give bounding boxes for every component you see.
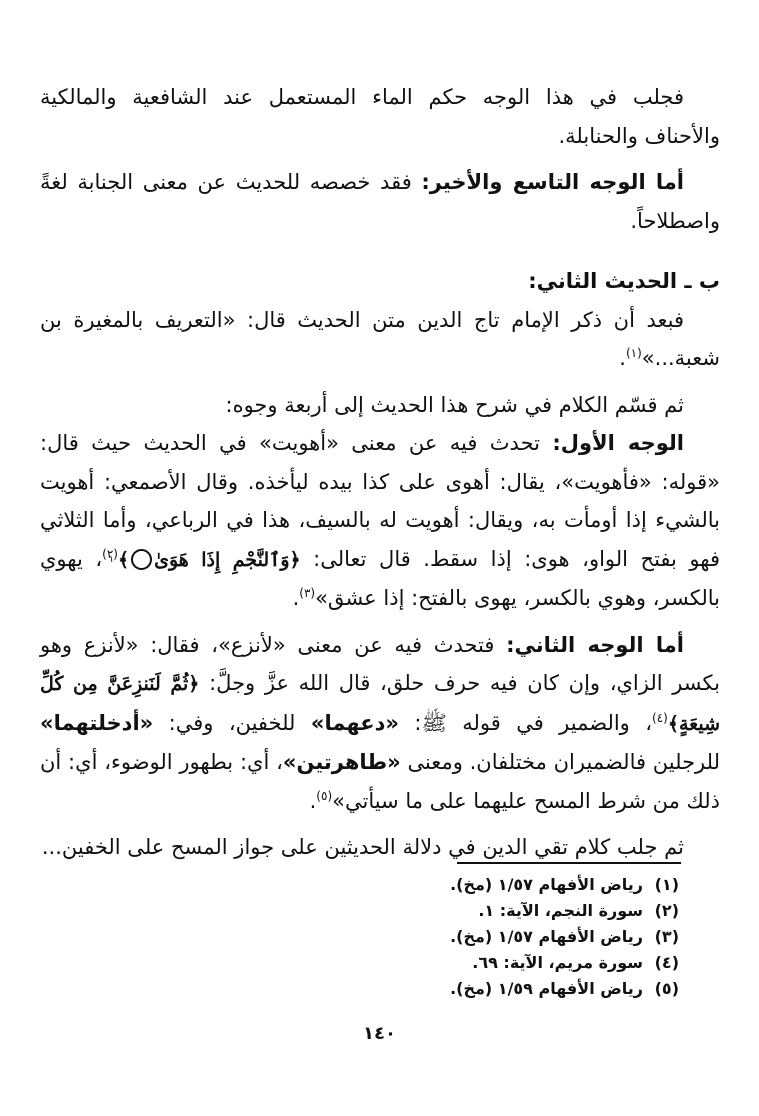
paragraph-lead-bold: أما الوجه الثاني:: [506, 633, 684, 657]
punctuation: .: [619, 346, 626, 370]
footnote-text: سورة النجم، الآية: ١.: [478, 901, 643, 920]
footnote-text: رياض الأفهام ١/٥٩ (مخ).: [450, 979, 643, 998]
paragraph-first-aspect: الوجه الأول: تحدث فيه عن معنى «أهويت» في…: [40, 424, 720, 618]
footnote-number: (١): [643, 872, 679, 898]
paragraph-text: للرجلين فالضميران مختلفان. ومعنى: [401, 750, 720, 774]
footnote-divider: [457, 862, 681, 864]
footnote-number: (٥): [643, 976, 679, 1002]
paragraph-second-aspect: أما الوجه الثاني: فتحدث فيه عن معنى «لأن…: [40, 626, 720, 821]
paragraph-ninth-aspect: أما الوجه التاسع والأخير: فقد خصصه للحدي…: [40, 163, 720, 240]
footnote-item: (٥)رياض الأفهام ١/٥٩ (مخ).: [359, 976, 679, 1002]
footnote-text: سورة مريم، الآية: ٦٩.: [472, 953, 643, 972]
ayah-number-icon: ١: [131, 549, 152, 570]
footnote-ref-1[interactable]: (١): [626, 346, 642, 360]
footnote-text: رياض الأفهام ١/٥٧ (مخ).: [450, 875, 643, 894]
footnote-item: (٣)رياض الأفهام ١/٥٧ (مخ).: [359, 924, 679, 950]
page-number: ١٤٠: [0, 1023, 759, 1044]
footnote-ref-4[interactable]: (٤): [652, 711, 668, 725]
paragraph-text: للخفين، وفي:: [153, 711, 311, 735]
footnote-text: رياض الأفهام ١/٥٧ (مخ).: [450, 927, 643, 946]
paragraph-text: فجلب في هذا الوجه حكم الماء المستعمل عند…: [40, 85, 720, 148]
footnote-number: (٤): [643, 950, 679, 976]
paragraph-conclusion: ثم جلب كلام تقي الدين في دلالة الحديثين …: [40, 828, 720, 867]
paragraph-water-ruling: فجلب في هذا الوجه حكم الماء المستعمل عند…: [40, 78, 720, 155]
paragraph-text: ثم قسّم الكلام في شرح هذا الحديث إلى أرب…: [226, 393, 685, 417]
page-body: فجلب في هذا الوجه حكم الماء المستعمل عند…: [40, 78, 720, 867]
footnotes: (١)رياض الأفهام ١/٥٧ (مخ). (٢)سورة النجم…: [359, 872, 679, 1002]
paragraph-text: ثم جلب كلام تقي الدين في دلالة الحديثين …: [42, 835, 684, 859]
paragraph-second-hadith: فبعد أن ذكر الإمام تاج الدين متن الحديث …: [40, 301, 720, 378]
footnote-ref-3[interactable]: (٣): [299, 586, 315, 600]
footnote-item: (٢)سورة النجم، الآية: ١.: [359, 898, 679, 924]
quran-verse: ﴿وَٱلنَّجْمِ إِذَا هَوَىٰ: [154, 549, 301, 571]
footnote-ref-5[interactable]: (٥): [316, 789, 332, 803]
footnote-number: (٢): [643, 898, 679, 924]
paragraph-text: ، والضمير في قوله ﷺ:: [399, 711, 652, 735]
paragraph-lead-bold: أما الوجه التاسع والأخير:: [421, 170, 684, 194]
footnote-item: (٤)سورة مريم، الآية: ٦٩.: [359, 950, 679, 976]
quoted-term: «طاهرتين»: [283, 750, 401, 774]
footnote-item: (١)رياض الأفهام ١/٥٧ (مخ).: [359, 872, 679, 898]
section-heading: ب ـ الحديث الثاني:: [40, 262, 720, 301]
quoted-term: «دعهما»: [311, 711, 399, 735]
paragraph-four-aspects: ثم قسّم الكلام في شرح هذا الحديث إلى أرب…: [40, 386, 720, 425]
quran-bracket: ﴾: [118, 549, 129, 571]
quoted-term: «أدخلتهما»: [40, 711, 153, 735]
paragraph-text: فبعد أن ذكر الإمام تاج الدين متن الحديث …: [40, 308, 720, 371]
footnote-number: (٣): [643, 924, 679, 950]
paragraph-lead-bold: الوجه الأول:: [552, 431, 684, 455]
